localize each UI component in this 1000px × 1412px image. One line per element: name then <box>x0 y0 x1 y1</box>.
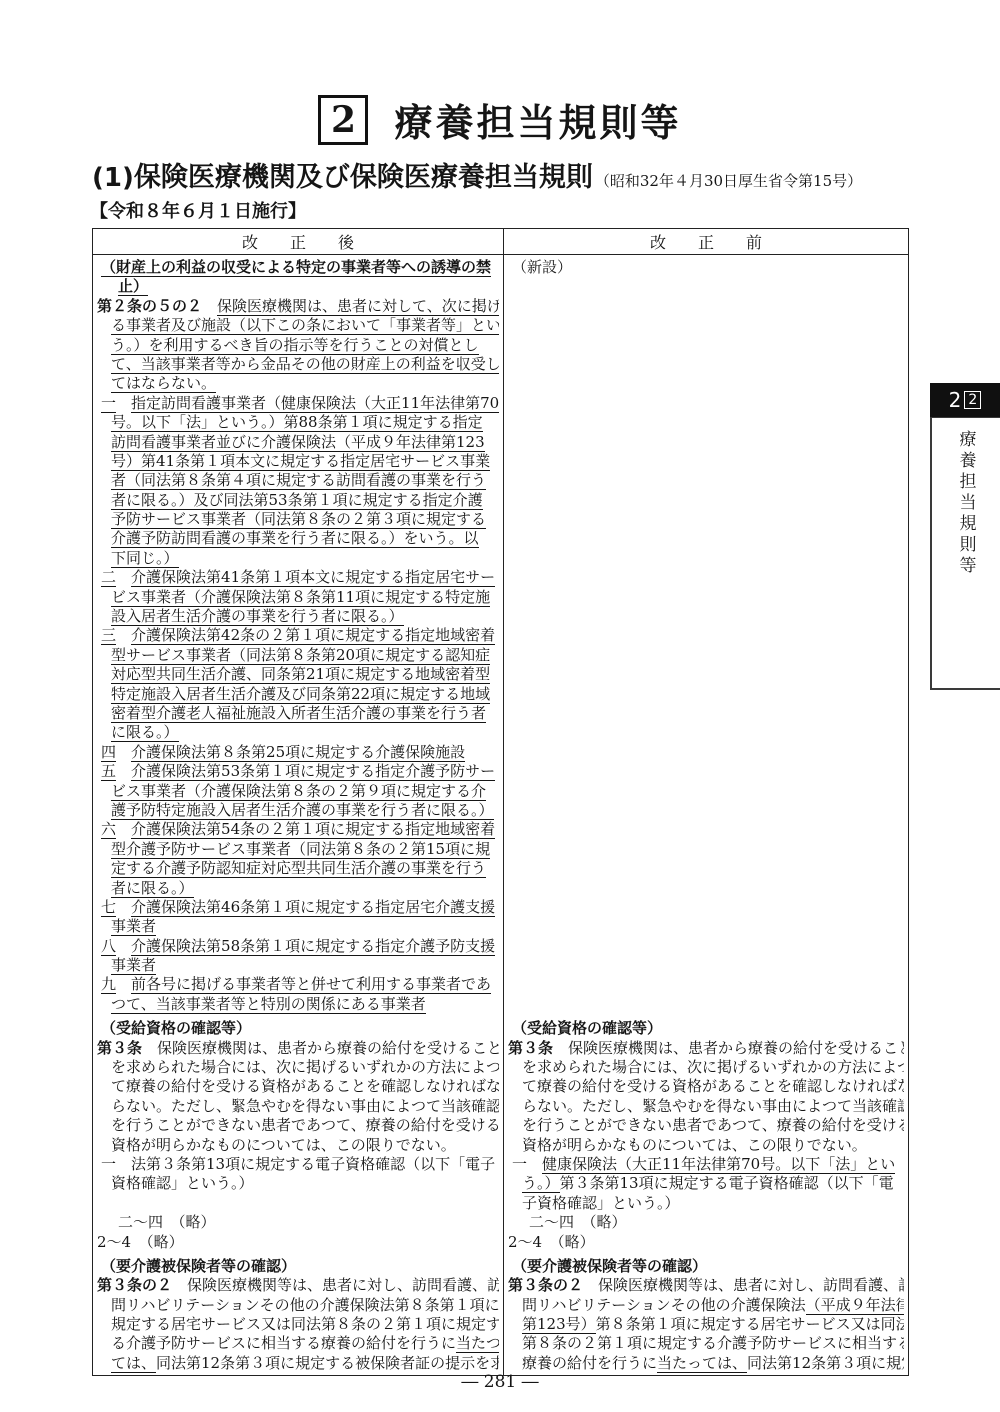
text-segment: 定する介護予防認知症対応型共同生活介護の事業を行う <box>111 859 486 878</box>
text-segment: 問リハビリテーションその他の介護保険法 <box>522 1296 806 1314</box>
text-segment: 2〜4 （略） <box>508 1233 595 1251</box>
text-segment: 訪問看護事業者並びに介護保険法（平成９年法律第123 <box>111 433 485 452</box>
document-page: { "page": { "section_number": "2", "titl… <box>0 0 1000 1412</box>
text-segment: 型サービス事業者（同法第８条第20項に規定する認知症 <box>111 646 490 665</box>
text-line: 対応型共同生活介護、同条第21項に規定する地域密着型 <box>97 665 499 684</box>
subtitle-row: (1) 保険医療機関及び保険医療養担当規則 （昭和32年４月30日厚生省令第15… <box>92 155 908 194</box>
text-line: ては、同法第12条第３項に規定する被保険者証の提示を求 <box>97 1354 499 1373</box>
text-segment: 第３条 <box>97 1039 142 1057</box>
text-segment: ビス事業者（介護保険法第８条第11項に規定する特定施 <box>111 588 490 607</box>
text-segment: 下同じ。） <box>111 549 179 568</box>
sidebar-tab: 2 2 療養担当規則等 <box>930 383 1000 689</box>
text-line: （要介護被保険者等の確認） <box>97 1257 499 1276</box>
column-header-after: 改 正 後 <box>93 229 504 255</box>
sidebar-tab-body: 療養担当規則等 <box>930 417 1000 690</box>
text-segment: 規定する居宅サービス又は同法第８条の２第１項に規定す <box>111 1315 499 1333</box>
text-segment: 介護保険法第54条の２第１項に規定する指定地域密着 <box>131 820 495 839</box>
text-segment <box>116 626 131 644</box>
text-line: 二〜四 （略） <box>508 1213 904 1232</box>
text-line: を行うことができない患者であつて、療養の給付を受ける <box>97 1116 499 1135</box>
text-segment: 介護保険法第８条第25項に規定する介護保険施設 <box>131 743 465 762</box>
cell-revised-before: （受給資格の確認等）第３条 保険医療機関は、患者から療養の給付を受けることを求め… <box>504 1016 909 1254</box>
text-segment: 者に限る。）及び同法第53条第１項に規定する指定介護 <box>111 491 483 510</box>
text-line: て、当該事業者等から金品その他の財産上の利益を収受し <box>97 355 499 374</box>
text-segment: を求められた場合には、次に掲げるいずれかの方法によつ <box>522 1058 904 1076</box>
text-segment: 一 法第３条第13項に規定する電子資格確認（以下「電子 <box>101 1155 495 1173</box>
text-line: 規定する居宅サービス又は同法第８条の２第１項に規定す <box>97 1315 499 1334</box>
text-line: 四 介護保険法第８条第25項に規定する介護保険施設 <box>97 743 499 762</box>
text-segment: 指定訪問看護事業者（健康保険法（大正11年法律第70 <box>131 394 499 413</box>
text-segment: 資格確認」という。） <box>111 1174 254 1192</box>
text-segment: て、当該事業者等から金品その他の財産上の利益を収受し <box>111 355 499 374</box>
text-line: 定する介護予防認知症対応型共同生活介護の事業を行う <box>97 859 499 878</box>
text-segment: る介護予防サービスに相当する療養の給付を行うに <box>111 1334 456 1352</box>
text-segment: 設入居者生活介護の事業を行う者に限る。） <box>111 607 404 626</box>
text-segment: を行うことができない患者であつて、療養の給付を受ける <box>522 1116 904 1134</box>
text-line: 七 介護保険法第46条第１項に規定する指定居宅介護支援 <box>97 898 499 917</box>
table-row: （財産上の利益の収受による特定の事業者等への誘導の禁止）第２条の５の２ 保険医療… <box>93 255 909 1017</box>
text-segment: 第３条の２ <box>97 1276 172 1294</box>
cell-revised-after: （財産上の利益の収受による特定の事業者等への誘導の禁止）第２条の５の２ 保険医療… <box>93 255 504 1017</box>
text-segment: 特定施設入居者生活介護及び同条第22項に規定する地域 <box>111 685 490 704</box>
text-line: ビス事業者（介護保険法第８条第11項に規定する特定施 <box>97 588 499 607</box>
text-line: 子資格確認」という。） <box>508 1194 904 1213</box>
text-segment: 二〜四 （略） <box>529 1213 627 1231</box>
text-line: 訪問看護事業者並びに介護保険法（平成９年法律第123 <box>97 433 499 452</box>
table-row: （受給資格の確認等）第３条 保険医療機関は、患者から療養の給付を受けることを求め… <box>93 1016 909 1254</box>
text-line: 第８条の２第１項に規定する介護予防サービスに相当する <box>508 1334 904 1353</box>
text-segment: つて、当該事業者等と特別の関係にある事業者 <box>111 995 426 1014</box>
text-segment: を行うことができない患者であつて、療養の給付を受ける <box>111 1116 499 1134</box>
text-segment: 保険医療機関等は、患者に対し、訪問看護、訪 <box>172 1276 499 1294</box>
text-line: 資格が明らかなものについては、この限りでない。 <box>97 1136 499 1155</box>
enforcement-date: 【令和８年６月１日施行】 <box>90 197 306 223</box>
text-segment: 者（同法第８条第４項に規定する訪問看護の事業を行う <box>111 471 486 490</box>
text-line: 第３条の２ 保険医療機関等は、患者に対し、訪問看護、訪 <box>97 1276 499 1295</box>
text-segment: 六 <box>101 820 116 839</box>
text-line: を求められた場合には、次に掲げるいずれかの方法によつ <box>97 1058 499 1077</box>
text-segment: る事業者及び施設（以下この条において「事業者等」とい <box>111 316 499 335</box>
text-line: 六 介護保険法第54条の２第１項に規定する指定地域密着 <box>97 820 499 839</box>
text-segment: 2〜4 （略） <box>97 1233 184 1251</box>
text-segment: 八 <box>101 937 116 956</box>
text-line: 止） <box>97 277 499 296</box>
text-line: 特定施設入居者生活介護及び同条第22項に規定する地域 <box>97 685 499 704</box>
text-line: ビス事業者（介護保険法第８条の２第９項に規定する介 <box>97 782 499 801</box>
page-title-row: 2 療養担当規則等 <box>92 92 908 147</box>
text-segment: 保険医療機関は、患者に対して、次に掲げ <box>217 297 499 316</box>
text-segment: 第８条の２第１項に規定する介護予防サービスに相当する <box>522 1334 904 1352</box>
text-line: （要介護被保険者等の確認） <box>508 1257 904 1276</box>
text-segment: らない。ただし、緊急やむを得ない事由によつて当該確認 <box>111 1097 499 1115</box>
text-segment: 型介護予防サービス事業者（同法第８条の２第15項に規 <box>111 840 490 859</box>
text-segment: て療養の給付を受ける資格があることを確認しなければな <box>522 1077 904 1095</box>
sidebar-tab-header: 2 2 <box>930 383 1000 417</box>
text-line: 資格確認」という。） <box>97 1174 499 1193</box>
cell-revised-after: （受給資格の確認等）第３条 保険医療機関は、患者から療養の給付を受けることを求め… <box>93 1016 504 1254</box>
text-segment: 健康保険法（大正11年法律第70号。以下「法」とい <box>542 1155 895 1174</box>
text-line: 二 介護保険法第41条第１項本文に規定する指定居宅サー <box>97 568 499 587</box>
text-segment: う。） <box>522 1174 560 1193</box>
text-segment: 保険医療機関等は、患者に対し、訪問看護、訪 <box>583 1276 904 1294</box>
text-segment: 第３条第13項に規定する電子資格確認（以下「電 <box>560 1174 894 1192</box>
sidebar-tab-sub-number: 2 <box>964 391 981 409</box>
text-segment: （要介護被保険者等の確認） <box>512 1257 707 1275</box>
text-line: を行うことができない患者であつて、療養の給付を受ける <box>508 1116 904 1135</box>
text-segment: 一 <box>101 394 116 413</box>
text-line: （受給資格の確認等） <box>508 1019 904 1038</box>
section-number: 2 <box>331 99 356 141</box>
text-segment: ては、 <box>111 1354 156 1373</box>
text-segment: 問リハビリテーションその他の介護保険法第８条第１項に <box>111 1296 499 1314</box>
table-header-row: 改 正 後 改 正 前 <box>93 229 909 255</box>
text-segment: 号。以下「法」という。）第88条第１項に規定する指定 <box>111 413 483 432</box>
text-line: 九 前各号に掲げる事業者等と併せて利用する事業者であ <box>97 975 499 994</box>
text-segment: 保険医療機関は、患者から療養の給付を受けること <box>142 1039 499 1057</box>
text-segment: に限る。） <box>111 723 179 742</box>
text-segment: 密着型介護老人福祉施設入所者生活介護の事業を行う者 <box>111 704 486 723</box>
text-line: 事業者 <box>97 956 499 975</box>
text-line: 2〜4 （略） <box>508 1233 904 1252</box>
text-segment: う。）を利用するべき旨の指示等を行うことの対償とし <box>111 336 479 355</box>
text-segment: 七 <box>101 898 116 917</box>
text-segment: て療養の給付を受ける資格があることを確認しなければな <box>111 1077 499 1095</box>
text-segment: 介護保険法第58条第１項に規定する指定介護予防支援 <box>131 937 495 956</box>
section-number-box: 2 <box>318 95 368 145</box>
table-row: （要介護被保険者等の確認）第３条の２ 保険医療機関等は、患者に対し、訪問看護、訪… <box>93 1254 909 1376</box>
text-segment: 療養の給付を行うに <box>522 1354 657 1372</box>
text-line: 一 指定訪問看護事業者（健康保険法（大正11年法律第70 <box>97 394 499 413</box>
text-segment: を求められた場合には、次に掲げるいずれかの方法によつ <box>111 1058 499 1076</box>
subtitle-index: (1) <box>92 163 134 193</box>
text-segment: 二 <box>101 568 116 587</box>
comparison-table: 改 正 後 改 正 前 （財産上の利益の収受による特定の事業者等への誘導の禁止）… <box>92 228 908 1376</box>
text-line: 者（同法第８条第４項に規定する訪問看護の事業を行う <box>97 471 499 490</box>
text-segment <box>116 568 131 586</box>
text-line: て療養の給付を受ける資格があることを確認しなければな <box>97 1077 499 1096</box>
text-line: 号。以下「法」という。）第88条第１項に規定する指定 <box>97 413 499 432</box>
text-line: 2〜4 （略） <box>97 1233 499 1252</box>
cell-revised-before: （新設） <box>504 255 909 1017</box>
text-line: （財産上の利益の収受による特定の事業者等への誘導の禁 <box>97 258 499 277</box>
text-segment <box>116 975 131 993</box>
page-title: 療養担当規則等 <box>394 92 681 147</box>
text-segment: 四 <box>101 743 116 762</box>
text-segment <box>116 820 131 838</box>
text-segment: 当たつ <box>456 1334 499 1353</box>
text-line: つて、当該事業者等と特別の関係にある事業者 <box>97 995 499 1014</box>
text-segment: 予防サービス事業者（同法第８条の２第３項に規定する <box>111 510 486 529</box>
text-line: 型サービス事業者（同法第８条第20項に規定する認知症 <box>97 646 499 665</box>
text-line: 療養の給付を行うに当たっては、同法第12条第３項に規定 <box>508 1354 904 1373</box>
text-line: 八 介護保険法第58条第１項に規定する指定介護予防支援 <box>97 937 499 956</box>
text-line <box>97 1194 499 1213</box>
text-line: 事業者 <box>97 917 499 936</box>
text-segment: 前各号に掲げる事業者等と併せて利用する事業者であ <box>131 975 491 994</box>
text-line: 予防サービス事業者（同法第８条の２第３項に規定する <box>97 510 499 529</box>
subtitle-note: （昭和32年４月30日厚生省令第15号） <box>595 170 862 191</box>
text-segment: 事業者 <box>111 956 156 975</box>
text-segment: 子資格確認」という。） <box>522 1194 680 1212</box>
text-segment: 資格が明らかなものについては、この限りでない。 <box>522 1136 867 1154</box>
text-segment: 資格が明らかなものについては、この限りでない。 <box>111 1136 456 1154</box>
column-header-before: 改 正 前 <box>504 229 909 255</box>
text-line: 問リハビリテーションその他の介護保険法第８条第１項に <box>97 1296 499 1315</box>
text-line: 第３条の２ 保険医療機関等は、患者に対し、訪問看護、訪 <box>508 1276 904 1295</box>
comparison-table-body: （財産上の利益の収受による特定の事業者等への誘導の禁止）第２条の５の２ 保険医療… <box>93 255 909 1376</box>
text-segment: 介護予防訪問看護の事業を行う者に限る。）をいう。以 <box>111 529 479 548</box>
text-line: らない。ただし、緊急やむを得ない事由によつて当該確認 <box>508 1097 904 1116</box>
text-line: （受給資格の確認等） <box>97 1019 499 1038</box>
text-line: （新設） <box>508 258 904 277</box>
text-line: 第123号）第８条第１項に規定する居宅サービス又は同法 <box>508 1315 904 1334</box>
text-segment: 第３条 <box>508 1039 553 1057</box>
text-segment: 介護保険法第46条第１項に規定する指定居宅介護支援 <box>131 898 495 917</box>
sidebar-tab-number: 2 <box>949 388 962 412</box>
text-line: てはならない。 <box>97 374 499 393</box>
page-number: ― 281 ― <box>92 1372 908 1392</box>
text-line: 下同じ。） <box>97 549 499 568</box>
text-segment: 三 <box>101 626 116 645</box>
text-line: 二〜四 （略） <box>97 1213 499 1232</box>
text-segment: 対応型共同生活介護、同条第21項に規定する地域密着型 <box>111 665 490 684</box>
text-segment: ビス事業者（介護保険法第８条の２第９項に規定する介 <box>111 782 486 801</box>
text-line: 資格が明らかなものについては、この限りでない。 <box>508 1136 904 1155</box>
text-segment: 第２条の５の２ <box>97 297 202 315</box>
text-segment <box>202 297 217 315</box>
text-segment: 介護保険法第41条第１項本文に規定する指定居宅サー <box>131 568 495 587</box>
text-segment <box>116 394 131 412</box>
text-segment: 二〜四 （略） <box>118 1213 216 1231</box>
text-segment: 事業者 <box>111 917 156 936</box>
text-segment: 者に限る。） <box>111 879 194 898</box>
text-segment <box>116 898 131 916</box>
text-line: 第３条 保険医療機関は、患者から療養の給付を受けること <box>508 1039 904 1058</box>
text-line: る介護予防サービスに相当する療養の給付を行うに当たつ <box>97 1334 499 1353</box>
text-segment: 同法第12条第３項に規定 <box>747 1354 904 1372</box>
text-segment: 当たっては、 <box>657 1354 747 1373</box>
text-line: 問リハビリテーションその他の介護保険法（平成９年法律 <box>508 1296 904 1315</box>
text-segment: （平成９年法律 <box>806 1296 904 1315</box>
text-line: 設入居者生活介護の事業を行う者に限る。） <box>97 607 499 626</box>
text-segment: （受給資格の確認等） <box>512 1019 662 1037</box>
text-segment: 第８条第１項に規定する居宅サービス又は同法 <box>596 1315 904 1333</box>
text-line: 者に限る。） <box>97 879 499 898</box>
text-line: らない。ただし、緊急やむを得ない事由によつて当該確認 <box>97 1097 499 1116</box>
cell-revised-after: （要介護被保険者等の確認）第３条の２ 保険医療機関等は、患者に対し、訪問看護、訪… <box>93 1254 504 1376</box>
text-line: う。）第３条第13項に規定する電子資格確認（以下「電 <box>508 1174 904 1193</box>
text-line: 介護予防訪問看護の事業を行う者に限る。）をいう。以 <box>97 529 499 548</box>
text-segment: らない。ただし、緊急やむを得ない事由によつて当該確認 <box>522 1097 904 1115</box>
text-line: 第２条の５の２ 保険医療機関は、患者に対して、次に掲げ <box>97 297 499 316</box>
text-line: 密着型介護老人福祉施設入所者生活介護の事業を行う者 <box>97 704 499 723</box>
text-segment: 一 <box>512 1155 542 1173</box>
text-line: 護予防特定施設入居者生活介護の事業を行う者に限る。） <box>97 801 499 820</box>
text-segment: 止） <box>118 277 148 296</box>
text-segment: 保険医療機関は、患者から療養の給付を受けること <box>553 1039 904 1057</box>
text-line: て療養の給付を受ける資格があることを確認しなければな <box>508 1077 904 1096</box>
text-line: 者に限る。）及び同法第53条第１項に規定する指定介護 <box>97 491 499 510</box>
text-line: 号）第41条第１項本文に規定する指定居宅サービス事業 <box>97 452 499 471</box>
text-segment: 同法第12条第３項に規定する被保険者証の提示を求 <box>156 1354 499 1372</box>
text-line: 一 法第３条第13項に規定する電子資格確認（以下「電子 <box>97 1155 499 1174</box>
text-segment: 介護保険法第42条の２第１項に規定する指定地域密着 <box>131 626 495 645</box>
text-segment <box>116 937 131 955</box>
text-line: 型介護予防サービス事業者（同法第８条の２第15項に規 <box>97 840 499 859</box>
text-segment <box>116 743 131 761</box>
text-segment: 護予防特定施設入居者生活介護の事業を行う者に限る。） <box>111 801 494 820</box>
sidebar-tab-label: 療養担当規則等 <box>954 430 979 688</box>
text-segment: 第123号） <box>522 1315 596 1334</box>
text-line: 一 健康保険法（大正11年法律第70号。以下「法」とい <box>508 1155 904 1174</box>
cell-revised-before: （要介護被保険者等の確認）第３条の２ 保険医療機関等は、患者に対し、訪問看護、訪… <box>504 1254 909 1376</box>
text-line: る事業者及び施設（以下この条において「事業者等」とい <box>97 316 499 335</box>
text-line: 三 介護保険法第42条の２第１項に規定する指定地域密着 <box>97 626 499 645</box>
text-segment: （財産上の利益の収受による特定の事業者等への誘導の禁 <box>101 258 491 277</box>
text-segment: （受給資格の確認等） <box>101 1019 251 1037</box>
text-segment: 介護保険法第53条第１項に規定する指定介護予防サー <box>131 762 495 781</box>
text-line: 五 介護保険法第53条第１項に規定する指定介護予防サー <box>97 762 499 781</box>
text-segment: （新設） <box>512 258 572 276</box>
text-segment: てはならない。 <box>111 374 216 393</box>
text-segment <box>116 762 131 780</box>
text-line: 第３条 保険医療機関は、患者から療養の給付を受けること <box>97 1039 499 1058</box>
text-segment: 第３条の２ <box>508 1276 583 1294</box>
text-segment: 五 <box>101 762 116 781</box>
text-segment: 九 <box>101 975 116 994</box>
text-segment: （要介護被保険者等の確認） <box>101 1257 296 1275</box>
text-line: に限る。） <box>97 723 499 742</box>
text-line: う。）を利用するべき旨の指示等を行うことの対償とし <box>97 336 499 355</box>
text-segment: 号）第41条第１項本文に規定する指定居宅サービス事業 <box>111 452 490 471</box>
text-line: を求められた場合には、次に掲げるいずれかの方法によつ <box>508 1058 904 1077</box>
subtitle: 保険医療機関及び保険医療養担当規則 <box>134 155 593 194</box>
